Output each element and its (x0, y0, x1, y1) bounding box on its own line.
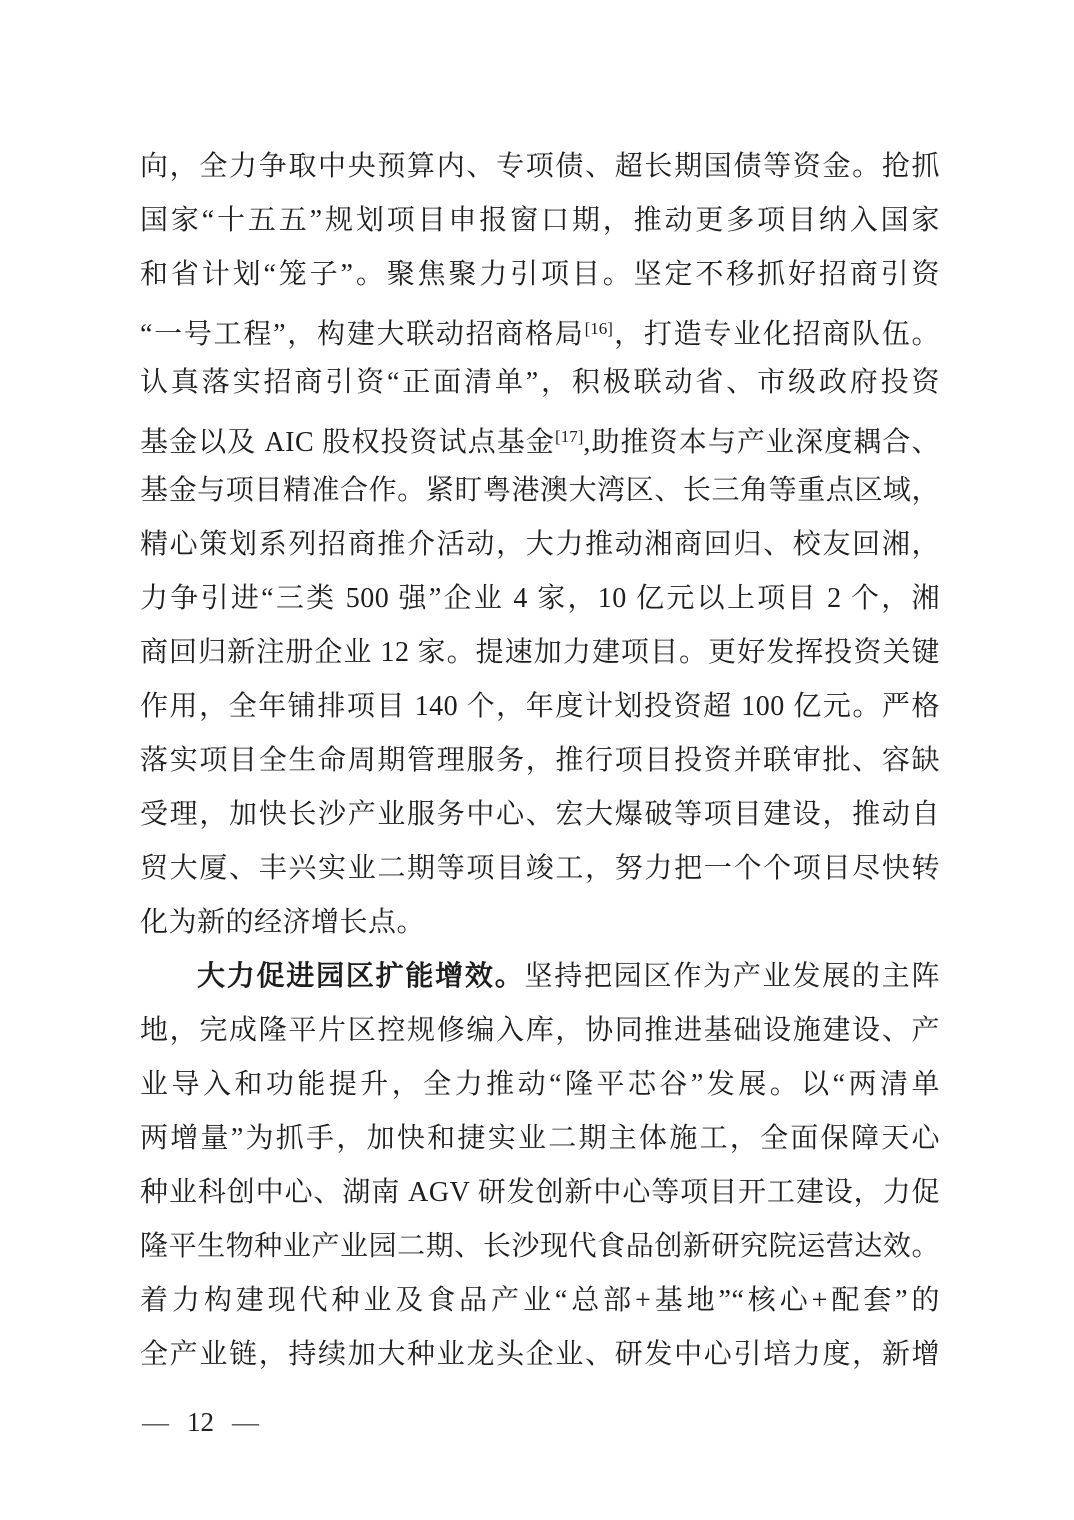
text-segment: 化为新的经济增长点。 (140, 907, 425, 938)
text-segment: 作用，全年铺排项目 140 个，年度计划投资超 100 亿元。严格 (140, 691, 940, 722)
footer-dash-left: — (142, 1407, 169, 1437)
text-line: 化为新的经济增长点。 (140, 896, 940, 950)
text-segment: 和省计划“笼子”。 (140, 259, 387, 290)
text-segment: 地，完成隆平片区控规修编入库，协同推进基础设施建设、产 (140, 1015, 940, 1046)
superscript-ref: [17] (555, 427, 583, 446)
text-line: 作用，全年铺排项目 140 个，年度计划投资超 100 亿元。严格 (140, 680, 940, 734)
text-line: 基金与项目精准合作。紧盯粤港澳大湾区、长三角等重点区域， (140, 464, 940, 518)
text-segment: 着力构建现代种业及食品产业“总部+基地”“核心+配套”的 (140, 1285, 940, 1316)
text-line: 落实项目全生命周期管理服务，推行项目投资并联审批、容缺 (140, 734, 940, 788)
text-segment: 更好发挥投资关键 (708, 637, 940, 668)
text-line: 基金以及 AIC 股权投资试点基金[17],助推资本与产业深度耦合、 (140, 410, 940, 464)
footer-dash-right: — (232, 1407, 259, 1437)
text-line: “一号工程”，构建大联动招商格局[16]，打造专业化招商队伍。 (140, 302, 940, 356)
text-block: 向，全力争取中央预算内、专项债、超长期国债等资金。抢抓国家“十五五”规划项目申报… (140, 140, 940, 1382)
document-page: { "page": { "background": "#ffffff", "te… (0, 0, 1074, 1520)
text-segment: 落实项目全生命周期管理服务，推行项目投资并联审批、容缺 (140, 745, 940, 776)
bold-heading: 大力促进园区扩能增效。 (197, 961, 524, 992)
text-line: 种业科创中心、湖南 AGV 研发创新中心等项目开工建设，力促 (140, 1166, 940, 1220)
text-segment: 坚持把园区作为产业发展的主阵 (524, 961, 940, 992)
text-line: 大力促进园区扩能增效。坚持把园区作为产业发展的主阵 (140, 950, 940, 1004)
text-segment: ,助推资本与产业深度耦合、 (583, 427, 940, 458)
text-segment: 贸大厦、丰兴实业二期等项目竣工，努力把一个个项目尽快转 (140, 853, 940, 884)
text-segment: ，打造专业化招商队伍。 (613, 319, 940, 350)
text-line: 隆平生物种业产业园二期、长沙现代食品创新研究院运营达效。 (140, 1220, 940, 1274)
text-segment: 商回归新注册企业 12 家。 (140, 637, 476, 668)
text-line: 地，完成隆平片区控规修编入库，协同推进基础设施建设、产 (140, 1004, 940, 1058)
text-segment: 隆平生物种业产业园二期、长沙现代食品创新研究院运营达效。 (140, 1231, 940, 1262)
text-line: 精心策划系列招商推介活动，大力推动湘商回归、校友回湘， (140, 518, 940, 572)
text-segment: 国家“十五五”规划项目申报窗口期，推动更多项目纳入国家 (140, 205, 940, 236)
text-segment: 业导入和功能提升，全力推动“隆平芯谷”发展。以“两清单 (140, 1069, 940, 1100)
text-line: 国家“十五五”规划项目申报窗口期，推动更多项目纳入国家 (140, 194, 940, 248)
text-line: 全产业链，持续加大种业龙头企业、研发中心引培力度，新增 (140, 1328, 940, 1382)
text-line: 商回归新注册企业 12 家。提速加力建项目。更好发挥投资关键 (140, 626, 940, 680)
text-segment: 基金与项目精准合作。紧盯粤港澳大湾区、长三角等重点区域， (140, 475, 940, 506)
text-segment: 两增量”为抓手，加快和捷实业二期主体施工，全面保障天心 (140, 1123, 940, 1154)
text-line: 和省计划“笼子”。聚焦聚力引项目。坚定不移抓好招商引资 (140, 248, 940, 302)
text-line: 认真落实招商引资“正面清单”，积极联动省、市级政府投资 (140, 356, 940, 410)
text-segment: 基金以及 AIC 股权投资试点基金 (140, 427, 555, 458)
text-line: 两增量”为抓手，加快和捷实业二期主体施工，全面保障天心 (140, 1112, 940, 1166)
page-footer: —12— (142, 1404, 259, 1440)
text-segment: 精心策划系列招商推介活动，大力推动湘商回归、校友回湘， (140, 529, 940, 560)
text-line: 受理，加快长沙产业服务中心、宏大爆破等项目建设，推动自 (140, 788, 940, 842)
text-segment: 认真落实招商引资“正面清单”，积极联动省、市级政府投资 (140, 367, 940, 398)
text-segment: 力争引进“三类 500 强”企业 4 家，10 亿元以上项目 2 个，湘 (140, 583, 940, 614)
text-segment: 全产业链，持续加大种业龙头企业、研发中心引培力度，新增 (140, 1339, 940, 1370)
kai-emphasis: 提速加力建项目。 (476, 637, 708, 668)
text-segment: 坚定不移抓好招商引资 (634, 259, 940, 290)
text-segment: 向，全力争取中央预算内、专项债、超长期国债等资金。抢抓 (140, 151, 940, 182)
superscript-ref: [16] (585, 319, 613, 338)
text-line: 力争引进“三类 500 强”企业 4 家，10 亿元以上项目 2 个，湘 (140, 572, 940, 626)
kai-emphasis: 聚焦聚力引项目。 (387, 259, 634, 290)
text-segment: 受理，加快长沙产业服务中心、宏大爆破等项目建设，推动自 (140, 799, 940, 830)
text-line: 业导入和功能提升，全力推动“隆平芯谷”发展。以“两清单 (140, 1058, 940, 1112)
text-line: 着力构建现代种业及食品产业“总部+基地”“核心+配套”的 (140, 1274, 940, 1328)
text-line: 贸大厦、丰兴实业二期等项目竣工，努力把一个个项目尽快转 (140, 842, 940, 896)
text-line: 向，全力争取中央预算内、专项债、超长期国债等资金。抢抓 (140, 140, 940, 194)
text-segment: “一号工程”，构建大联动招商格局 (140, 319, 585, 350)
text-segment: 种业科创中心、湖南 AGV 研发创新中心等项目开工建设，力促 (140, 1177, 940, 1208)
page-number: 12 (187, 1407, 214, 1437)
